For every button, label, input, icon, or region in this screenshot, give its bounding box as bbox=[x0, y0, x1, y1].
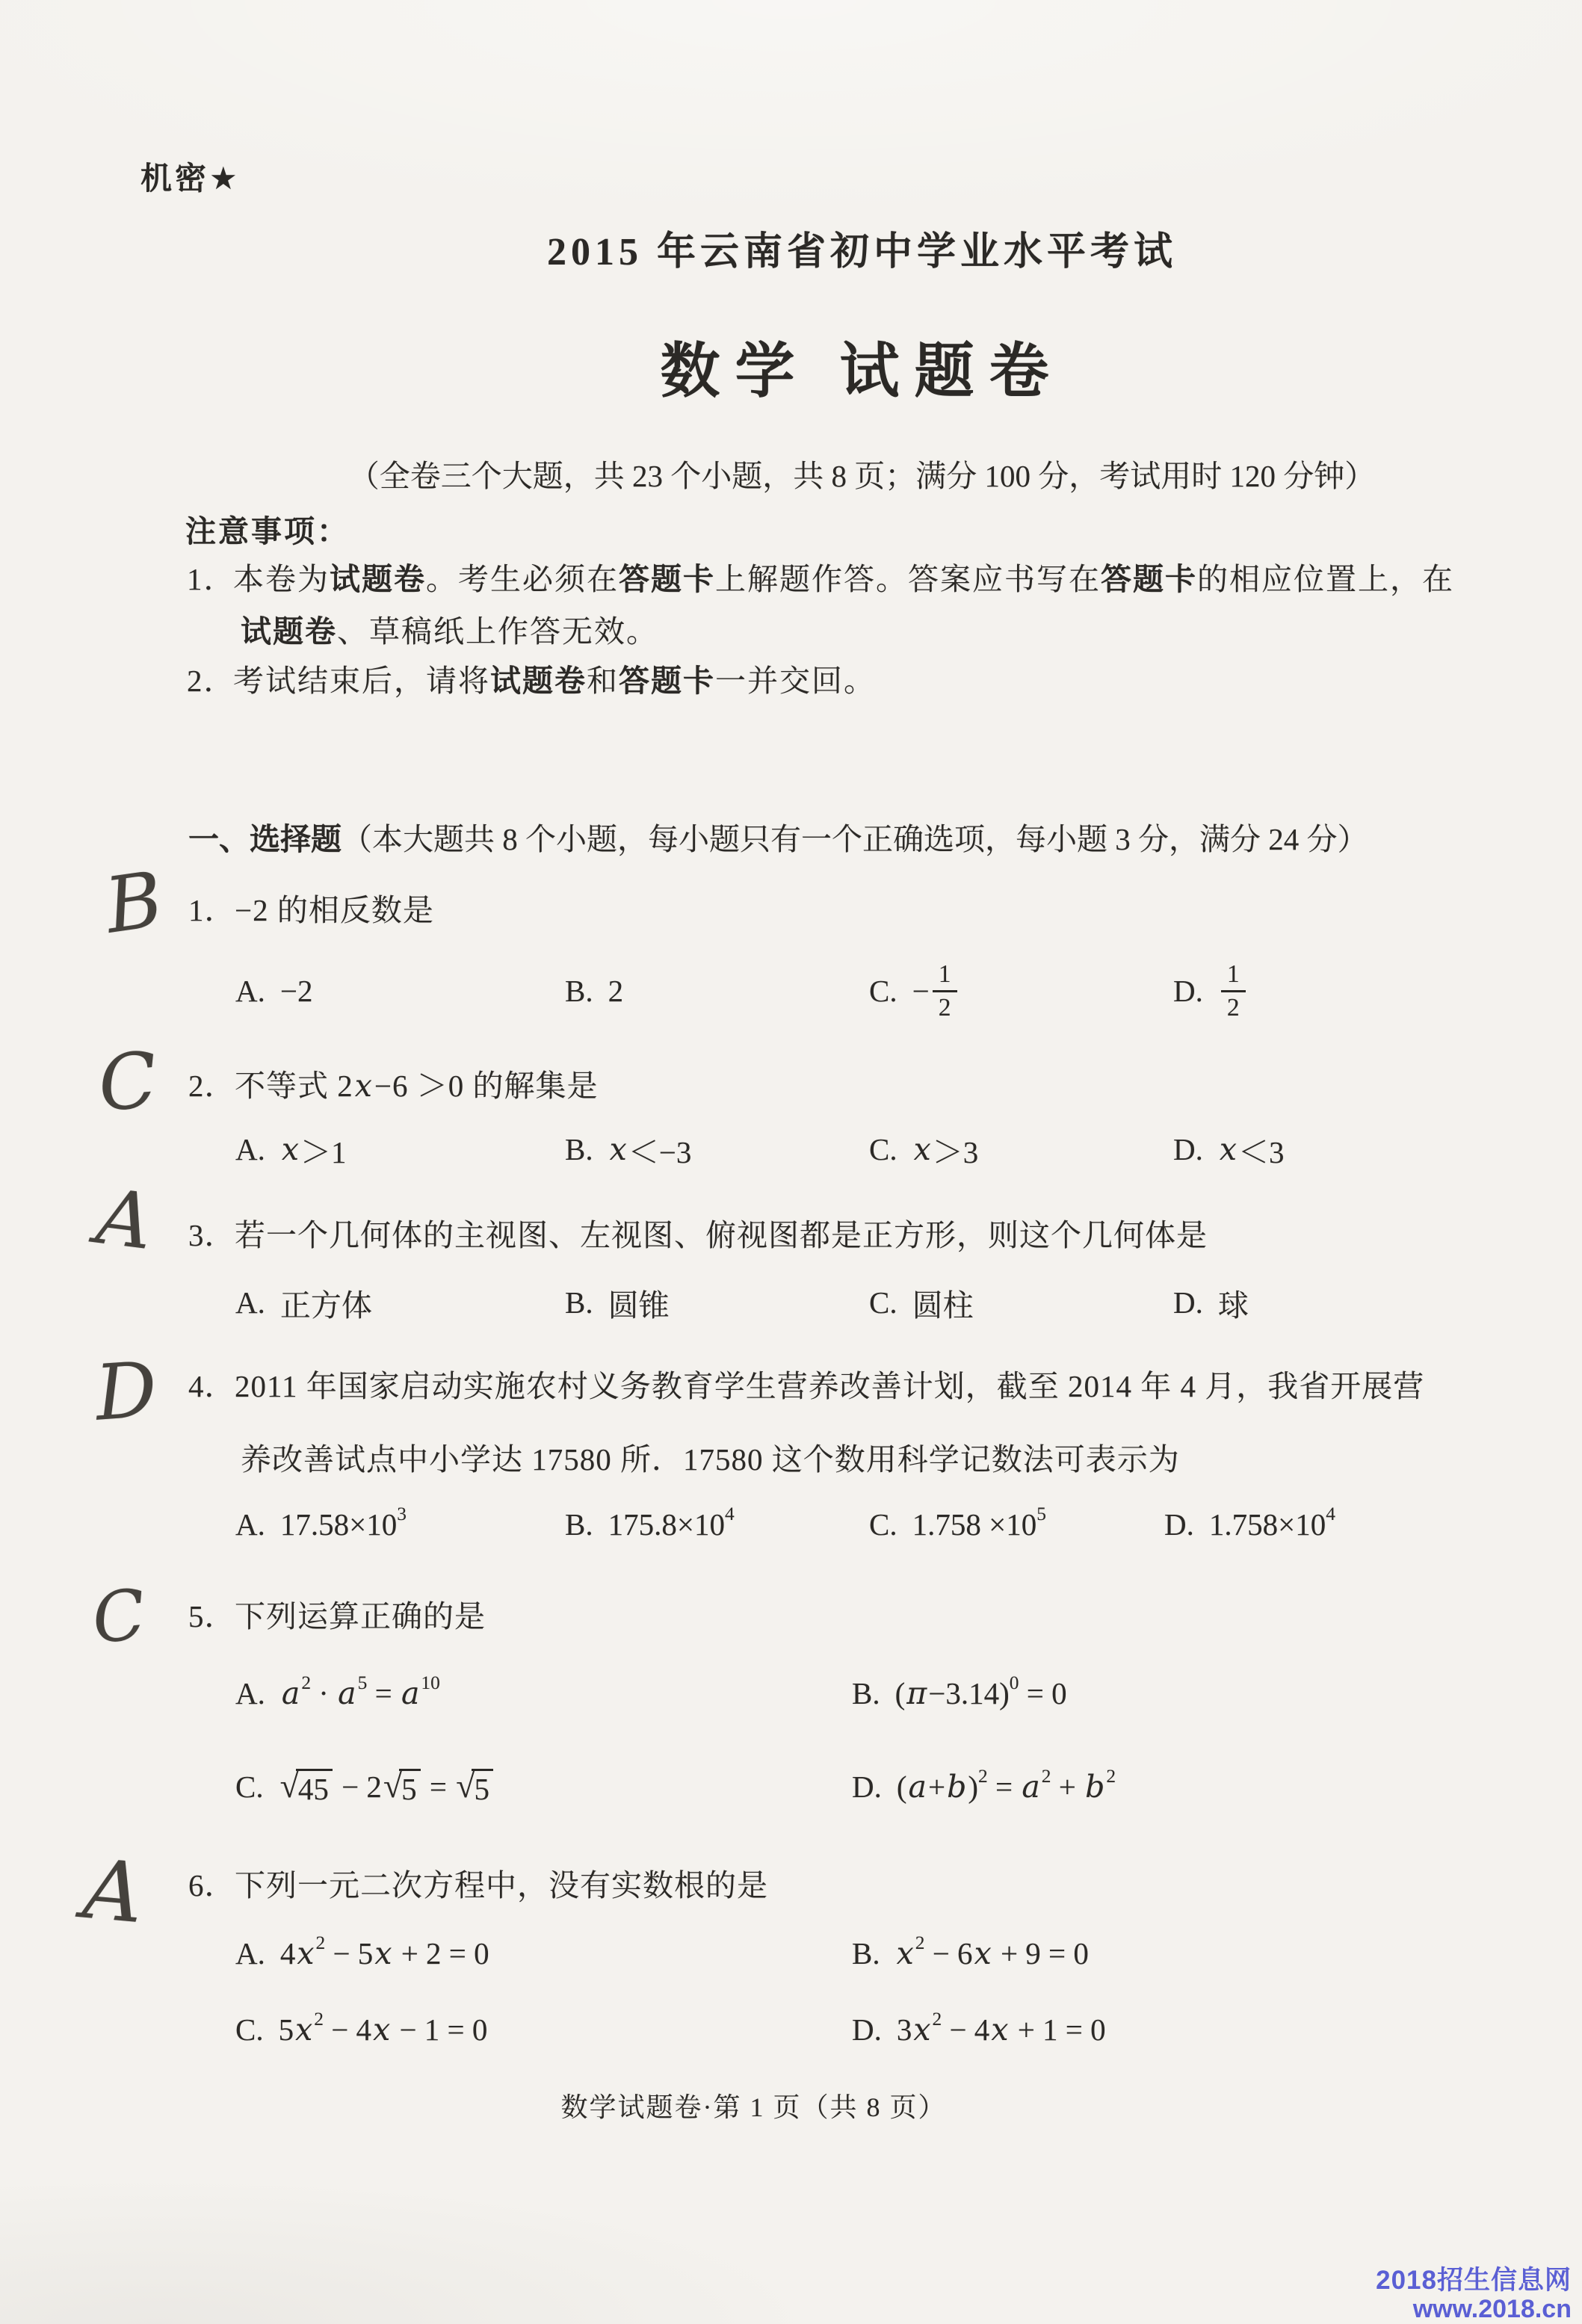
option-label: D. bbox=[852, 2012, 882, 2048]
question-1-option-b: B.2 bbox=[565, 959, 623, 1023]
option-value: 圆锥 bbox=[608, 1281, 670, 1325]
notice-1-text-continued: 试题卷、草稿纸上作答无效。 bbox=[241, 614, 658, 649]
question-4-number: 4． bbox=[188, 1362, 235, 1406]
handwritten-answer-q1: B bbox=[101, 862, 167, 945]
question-3-option-a: A.正方体 bbox=[235, 1282, 372, 1323]
question-6: 6．下列一元二次方程中，没有实数根的是 bbox=[188, 1861, 768, 1905]
option-value: 圆柱 bbox=[912, 1281, 974, 1325]
notice-1-line-1: 1．本卷为试题卷。考生必须在答题卡上解题作答。答案应书写在答题卡的相应位置上，在 bbox=[187, 554, 1454, 599]
exam-paper-page: 机密★ 2015 年云南省初中学业水平考试 数学 试题卷 （全卷三个大题，共 2… bbox=[0, 0, 1582, 2324]
question-1-option-a: A.−2 bbox=[235, 959, 312, 1023]
question-6-option-d: D.3x2 − 4x + 1 = 0 bbox=[852, 2007, 1106, 2052]
notice-1-text: 本卷为试题卷。考生必须在答题卡上解题作答。答案应书写在答题卡的相应位置上，在 bbox=[233, 562, 1454, 596]
option-value: x2 − 6x + 9 = 0 bbox=[895, 1935, 1089, 1971]
option-value: 5x2 − 4x − 1 = 0 bbox=[279, 2012, 488, 2048]
option-value: x＜3 bbox=[1218, 1128, 1285, 1172]
handwritten-answer-q2: C bbox=[96, 1042, 161, 1123]
option-label: B. bbox=[565, 1285, 593, 1320]
option-label: D. bbox=[1173, 973, 1203, 1009]
option-label: B. bbox=[565, 1506, 593, 1542]
option-label: B. bbox=[565, 1131, 593, 1167]
option-label: A. bbox=[235, 1131, 265, 1167]
notice-2-text: 考试结束后，请将试题卷和答题卡一并交回。 bbox=[233, 664, 876, 698]
option-label: C. bbox=[869, 1285, 897, 1320]
question-5-option-c: C.√45 − 2√5 = √5 bbox=[235, 1761, 495, 1813]
notice-1-number: 1． bbox=[187, 554, 233, 599]
option-label: D. bbox=[1173, 1285, 1203, 1320]
section-desc: （本大题共 8 个小题，每小题只有一个正确选项，每小题 3 分，满分 24 分） bbox=[342, 822, 1368, 856]
site-watermark: 2018招生信息网 www.2018.cn bbox=[1376, 2267, 1572, 2322]
option-value: −12 bbox=[912, 961, 960, 1021]
question-4-stem: 2011 年国家启动实施农村义务教育学生营养改善计划，截至 2014 年 4 月… bbox=[235, 1369, 1424, 1403]
option-label: A. bbox=[235, 973, 265, 1009]
exam-title: 2015 年云南省初中学业水平考试 bbox=[187, 220, 1537, 276]
watermark-site-name: 2018招生信息网 bbox=[1376, 2267, 1572, 2293]
section-header: 一、选择题（本大题共 8 个小题，每小题只有一个正确选项，每小题 3 分，满分 … bbox=[188, 815, 1368, 859]
question-3-option-b: B.圆锥 bbox=[565, 1282, 670, 1323]
question-5-option-a: A.a2 · a5 = a10 bbox=[235, 1669, 440, 1717]
question-4-line-1: 4．2011 年国家启动实施农村义务教育学生营养改善计划，截至 2014 年 4… bbox=[188, 1362, 1424, 1406]
question-2-option-c: C.x＞3 bbox=[869, 1128, 978, 1170]
option-label: C. bbox=[869, 1506, 897, 1542]
option-label: C. bbox=[869, 1131, 897, 1167]
option-label: C. bbox=[235, 1769, 264, 1805]
question-5: 5．下列运算正确的是 bbox=[188, 1592, 486, 1636]
option-label: C. bbox=[235, 2012, 264, 2048]
option-value: (a+b)2 = a2 + b2 bbox=[897, 1769, 1116, 1805]
option-label: D. bbox=[852, 1769, 882, 1805]
option-label: A. bbox=[235, 1675, 265, 1711]
handwritten-answer-q5: C bbox=[89, 1580, 149, 1654]
question-3-option-d: D.球 bbox=[1173, 1282, 1249, 1323]
secrecy-label: 机密★ bbox=[140, 154, 241, 199]
question-6-option-a: A.4x2 − 5x + 2 = 0 bbox=[235, 1931, 489, 1976]
option-value: 2 bbox=[608, 973, 624, 1009]
question-2-option-d: D.x＜3 bbox=[1173, 1128, 1284, 1170]
question-3-number: 3． bbox=[188, 1211, 235, 1255]
question-6-stem: 下列一元二次方程中，没有实数根的是 bbox=[235, 1868, 768, 1903]
option-value: 17.58×103 bbox=[280, 1506, 407, 1542]
option-label: C. bbox=[869, 973, 897, 1009]
option-value: 4x2 − 5x + 2 = 0 bbox=[280, 1935, 489, 1971]
question-4-option-d: D.1.758×104 bbox=[1164, 1501, 1335, 1548]
question-5-option-b: B.(π−3.14)0 = 0 bbox=[852, 1669, 1067, 1717]
option-label: B. bbox=[565, 973, 593, 1009]
option-value: x＜−3 bbox=[608, 1128, 692, 1172]
question-4-option-a: A.17.58×103 bbox=[235, 1501, 407, 1548]
notice-2-number: 2． bbox=[187, 656, 233, 700]
option-value: 3x2 − 4x + 1 = 0 bbox=[897, 2012, 1106, 2048]
question-5-number: 5． bbox=[188, 1592, 235, 1636]
option-value: 正方体 bbox=[280, 1281, 372, 1325]
subject-title: 数学 试题卷 bbox=[187, 323, 1537, 409]
option-value: √45 − 2√5 = √5 bbox=[279, 1769, 495, 1805]
question-1-stem: −2 的相反数是 bbox=[235, 893, 434, 927]
option-label: A. bbox=[235, 1506, 265, 1542]
option-value: −2 bbox=[280, 973, 313, 1009]
option-label: A. bbox=[235, 1935, 265, 1971]
option-label: D. bbox=[1173, 1131, 1203, 1167]
handwritten-answer-q4: D bbox=[93, 1352, 160, 1432]
notes-heading: 注意事项： bbox=[185, 507, 350, 551]
paper-info: （全卷三个大题，共 23 个小题，共 8 页；满分 100 分，考试用时 120… bbox=[187, 451, 1537, 495]
question-1-number: 1． bbox=[188, 886, 235, 930]
option-value: a2 · a5 = a10 bbox=[280, 1675, 440, 1711]
handwritten-answer-q3: A bbox=[93, 1179, 157, 1261]
question-6-option-c: C.5x2 − 4x − 1 = 0 bbox=[235, 2007, 487, 2052]
option-value: x＞3 bbox=[912, 1128, 979, 1172]
question-1: 1．−2 的相反数是 bbox=[188, 886, 434, 930]
option-value: 球 bbox=[1218, 1281, 1249, 1325]
option-label: A. bbox=[235, 1285, 265, 1320]
question-4-option-b: B.175.8×104 bbox=[565, 1501, 735, 1548]
option-value: 1.758×104 bbox=[1209, 1506, 1335, 1542]
question-3-stem: 若一个几何体的主视图、左视图、俯视图都是正方形，则这个几何体是 bbox=[235, 1218, 1208, 1252]
question-2-option-a: A.x＞1 bbox=[235, 1128, 346, 1170]
question-6-number: 6． bbox=[188, 1861, 235, 1905]
question-1-option-c: C.−12 bbox=[869, 959, 960, 1023]
question-1-option-d: D.12 bbox=[1173, 959, 1249, 1023]
option-value: (π−3.14)0 = 0 bbox=[895, 1675, 1067, 1711]
section-label: 一、选择题 bbox=[188, 822, 342, 856]
question-4-stem-continued: 养改善试点中小学达 17580 所．17580 这个数用科学记数法可表示为 bbox=[241, 1442, 1180, 1477]
option-value: 12 bbox=[1218, 961, 1249, 1021]
watermark-site-url: www.2018.cn bbox=[1376, 2296, 1572, 2322]
question-2-option-b: B.x＜−3 bbox=[565, 1128, 691, 1170]
option-value: 1.758 ×105 bbox=[912, 1506, 1046, 1542]
notice-2: 2．考试结束后，请将试题卷和答题卡一并交回。 bbox=[187, 656, 876, 700]
option-value: 175.8×104 bbox=[608, 1506, 735, 1542]
question-4-option-c: C.1.758 ×105 bbox=[869, 1501, 1046, 1548]
question-5-option-d: D.(a+b)2 = a2 + b2 bbox=[852, 1761, 1116, 1813]
option-value: x＞1 bbox=[280, 1128, 347, 1172]
notice-1-line-2: 试题卷、草稿纸上作答无效。 bbox=[241, 607, 658, 651]
question-6-option-b: B.x2 − 6x + 9 = 0 bbox=[852, 1931, 1089, 1976]
question-3: 3．若一个几何体的主视图、左视图、俯视图都是正方形，则这个几何体是 bbox=[188, 1211, 1208, 1255]
option-label: D. bbox=[1164, 1506, 1194, 1542]
question-2-stem: 不等式 2x−6 ＞0 的解集是 bbox=[235, 1069, 599, 1103]
question-2: 2．不等式 2x−6 ＞0 的解集是 bbox=[188, 1061, 599, 1105]
option-label: B. bbox=[852, 1935, 880, 1971]
question-5-stem: 下列运算正确的是 bbox=[235, 1599, 486, 1634]
question-2-number: 2． bbox=[188, 1061, 235, 1105]
page-footer: 数学试题卷·第 1 页（共 8 页） bbox=[0, 2086, 1507, 2124]
option-label: B. bbox=[852, 1675, 880, 1711]
question-4-line-2: 养改善试点中小学达 17580 所．17580 这个数用科学记数法可表示为 bbox=[241, 1435, 1180, 1479]
handwritten-answer-q6: A bbox=[80, 1848, 146, 1935]
question-3-option-c: C.圆柱 bbox=[869, 1282, 974, 1323]
